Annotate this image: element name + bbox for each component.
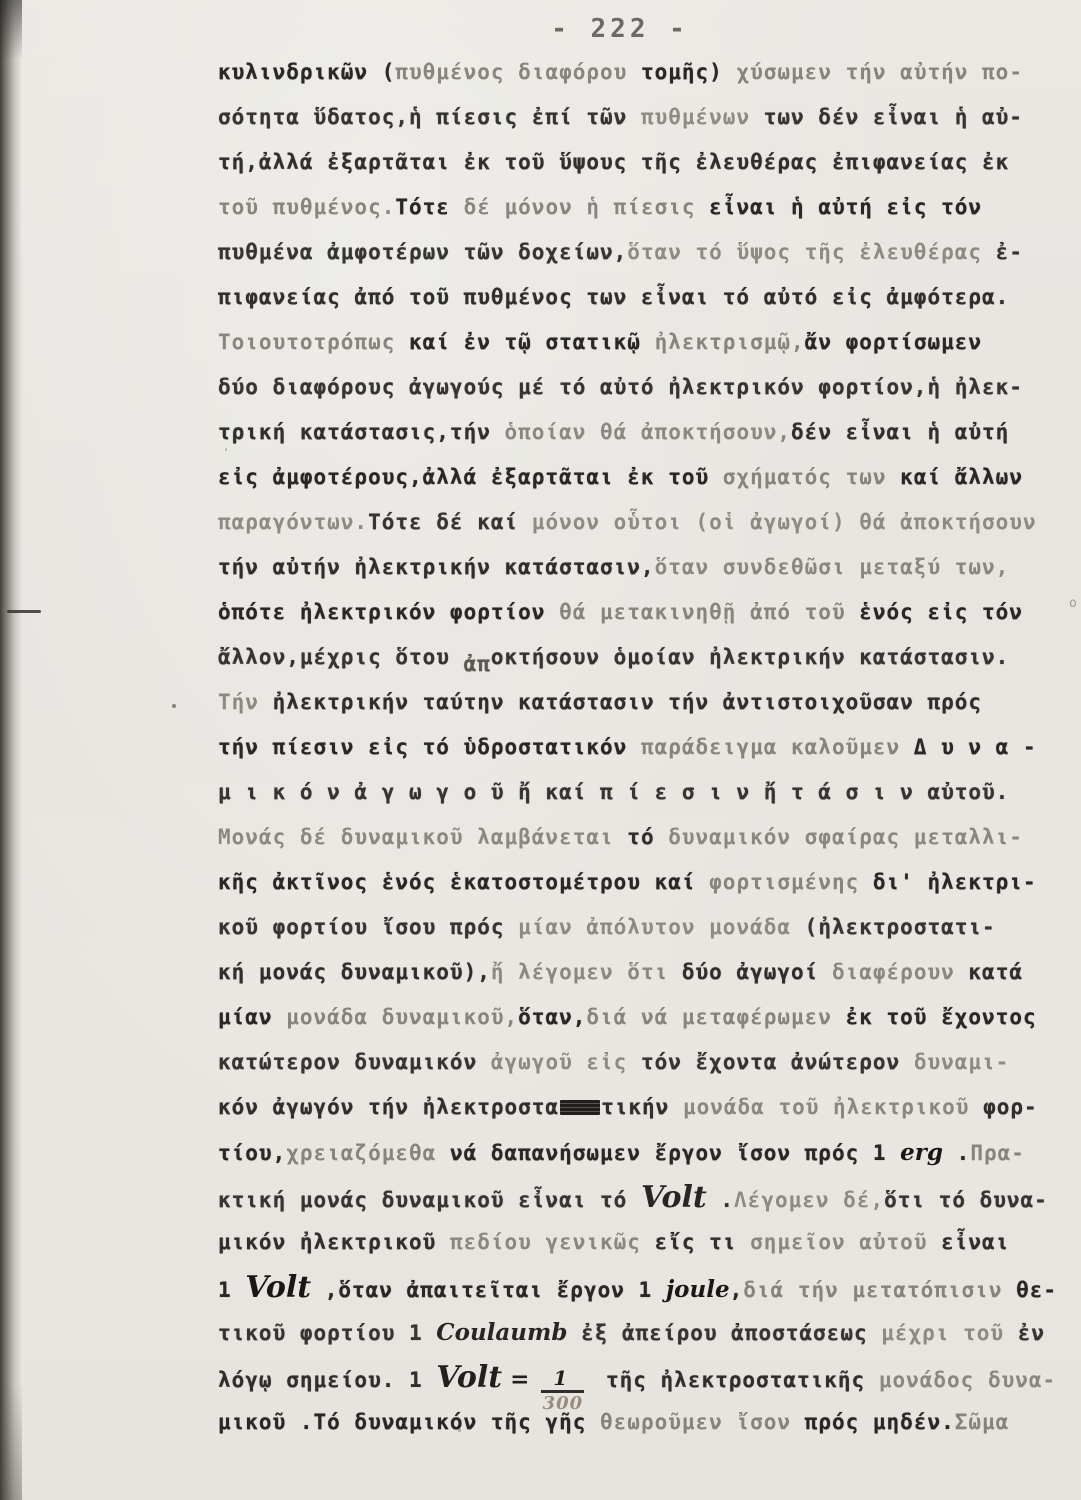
typewritten-text: τῆς ἠλεκτροστατικῆς	[592, 1368, 879, 1392]
typewritten-text: φορ-	[969, 1095, 1037, 1119]
typewritten-text: τή,ἀλλά ἐξαρτᾶται ἐκ τοῦ ὕψους τῆς ἐλευθ…	[218, 150, 1009, 174]
typewritten-text: τίου,	[218, 1141, 286, 1165]
paper-edge-shadow	[0, 0, 22, 1500]
typewritten-text: ὅτι τό δυνα-	[884, 1188, 1048, 1212]
typewritten-text: μ ι κ ό ν ἀ γ ω γ ο ῦ ἤ καί	[218, 780, 600, 804]
handwritten-word: joule	[666, 1276, 730, 1303]
typewritten-text: δέν εἶναι ἡ αὐτή	[791, 420, 1009, 444]
typewritten-text: τικοῦ φορτίου 1	[218, 1321, 436, 1345]
typewritten-text: κόν ἀγωγόν τήν ἠλεκτροστα	[218, 1095, 559, 1119]
typewritten-text: λόγῳ σημείου. 1	[218, 1368, 436, 1392]
text-line: τίου,χρειαζόμεθα νά δαπανήσωμεν ἔργον ἴσ…	[218, 1130, 1073, 1175]
typewritten-text: Μονάς δέ δυναμικοῦ λαμβάνεται	[218, 825, 627, 849]
text-line: ὁπότε ἠλεκτρικόν φορτίον θά μετακινηθῇ ἀ…	[218, 590, 1073, 635]
typewritten-text: μονάδος δυνα-	[879, 1368, 1056, 1392]
typewritten-text: θεωροῦμεν ἴσον	[600, 1410, 791, 1434]
typewritten-text: διαφέρουν	[832, 960, 955, 984]
typewritten-text: Δ υ ν α -	[900, 735, 1036, 759]
typewritten-text: ἐν	[1004, 1321, 1045, 1345]
typewritten-text: ἐ-	[982, 240, 1023, 264]
typewritten-text: τικήν	[601, 1095, 683, 1119]
typewritten-text: Σῶμα	[955, 1410, 1010, 1434]
text-line: μικόν ἠλεκτρικοῦ πεδίου γενικῶς εἴς τι σ…	[218, 1220, 1073, 1265]
text-line: κυλινδρικῶν (πυθμένος διαφόρου τομῆς) χύ…	[218, 50, 1073, 95]
text-line: τικοῦ φορτίου 1 Coulaumb ἐξ ἀπείρου ἀποσ…	[218, 1310, 1073, 1355]
page-number: - 222 -	[0, 14, 1081, 44]
typewritten-text: ἠλεκτρισμῷ,	[655, 330, 805, 354]
typewritten-text: κή μονάς δυναμικοῦ),	[218, 960, 491, 984]
text-line: μ ι κ ό ν ἀ γ ω γ ο ῦ ἤ καί π ί ε σ ι ν …	[218, 770, 1073, 815]
typewritten-text: ἠλεκτρικήν ταύτην κατάστασιν τήν ἀντιστο…	[273, 690, 982, 714]
typewritten-text: διά νά μεταφέρωμεν	[586, 1005, 832, 1029]
typewritten-text: τήν αὐτήν ἠλεκτρικήν κατάστασιν,	[218, 555, 655, 579]
typewritten-text: Τοιουτοτρόπως	[218, 330, 409, 354]
typewritten-text: Πρα-	[970, 1141, 1025, 1165]
text-line: κτική μονάς δυναμικοῦ εἶναι τό Volt .Λέγ…	[218, 1175, 1073, 1220]
text-line: κή μονάς δυναμικοῦ),ἤ λέγομεν ὅτι δύο ἀγ…	[218, 950, 1073, 995]
typewritten-text: παραγόντων.	[218, 510, 368, 534]
text-line: τή,ἀλλά ἐξαρτᾶται ἐκ τοῦ ὕψους τῆς ἐλευθ…	[218, 140, 1073, 185]
typewritten-text: δύο διαφόρους ἀγωγούς μέ τό αὐτό ἠλεκτρι…	[218, 375, 1023, 399]
typewritten-text: μικοῦ .Τό δυναμικόν τῆς γῆς	[218, 1410, 600, 1434]
text-line: κατώτερον δυναμικόν ἀγωγοῦ εἰς τόν ἔχοντ…	[218, 1040, 1073, 1085]
text-line: πυθμένα ἀμφοτέρων τῶν δοχείων,ὅταν τό ὕψ…	[218, 230, 1073, 275]
typewritten-text: Λέγομεν δέ,	[734, 1188, 884, 1212]
typewritten-text: ὅταν,	[518, 1005, 586, 1029]
typewritten-text: τρική κατάστασις,τήν	[218, 420, 505, 444]
typewritten-text: μόνον οὗτοι (οἱ ἀγωγοί) θά ἀποκτήσουν	[532, 510, 1037, 534]
typewritten-text: ἀπ	[464, 652, 491, 676]
typewritten-text: κῆς ἀκτῖνος ἑνός ἑκατοστομέτρου καί	[218, 870, 709, 894]
typewritten-text: πιφανείας ἀπό τοῦ πυθμένος των εἶναι τό …	[218, 285, 1009, 309]
typewritten-text: .	[943, 1141, 970, 1165]
text-line: τήν πίεσιν εἰς τό ὑδροστατικόν παράδειγμ…	[218, 725, 1073, 770]
typewritten-text: ἄν φορτίσωμεν	[805, 330, 982, 354]
typewritten-text: μονάδα δυναμικοῦ,	[286, 1005, 518, 1029]
handwritten-word: Coulaumb	[436, 1319, 567, 1346]
typewritten-text: ἐξ ἀπείρου ἀποστάσεως	[567, 1321, 881, 1345]
text-line: Μονάς δέ δυναμικοῦ λαμβάνεται τό δυναμικ…	[218, 815, 1073, 860]
text-line: ἄλλον,μέχρις ὅτου ἀποκτήσουν ὁμοίαν ἠλεκ…	[218, 635, 1073, 680]
typewritten-text: εἶναι ἡ αὐτή εἰς τόν	[709, 195, 982, 219]
typewritten-text: θά μετακινηθῇ ἀπό τοῦ	[559, 600, 846, 624]
text-line: μικοῦ .Τό δυναμικόν τῆς γῆς θεωροῦμεν ἴσ…	[218, 1400, 1073, 1445]
typewritten-text: ἐκ τοῦ ἔχοντος	[832, 1005, 1037, 1029]
typewritten-text: ὁποίαν θά ἀποκτήσουν,	[505, 420, 792, 444]
typewritten-text: τό	[627, 825, 668, 849]
typewritten-text: ,	[730, 1278, 744, 1302]
typewritten-text: πυθμένος διαφόρου	[395, 60, 627, 84]
typewritten-text: χρειαζόμεθα	[286, 1141, 436, 1165]
typewritten-text: πυθμένα ἀμφοτέρων τῶν δοχείων,	[218, 240, 627, 264]
handwritten-word: Volt	[641, 1180, 707, 1215]
overtyped-correction	[560, 1100, 600, 1115]
typewritten-text: δι' ἠλεκτρι-	[859, 870, 1036, 894]
text-line: πιφανείας ἀπό τοῦ πυθμένος των εἶναι τό …	[218, 275, 1073, 320]
typewritten-text: σχήματός των	[723, 465, 900, 489]
text-line: Τοιουτοτρόπως καί ἐν τῷ στατικῷ ἠλεκτρισ…	[218, 320, 1073, 365]
text-block: κυλινδρικῶν (πυθμένος διαφόρου τομῆς) χύ…	[218, 50, 1073, 1445]
typewritten-text: π ί ε σ ι ν ἤ τ ά σ ι ν αὐτοῦ.	[600, 780, 1009, 804]
handwritten-word: Volt	[436, 1360, 502, 1395]
typewritten-text: των δέν εἶναι ἡ αὐ-	[750, 105, 1023, 129]
text-line: σότητα ὕδατος,ἡ πίεσις ἐπί τῶν πυθμένων …	[218, 95, 1073, 140]
typewritten-text: τήν πίεσιν εἰς τό ὑδροστατικόν	[218, 735, 641, 759]
typewritten-text: πυθμένων	[641, 105, 750, 129]
typewritten-text: (ἠλεκτροστατι-	[791, 915, 996, 939]
handwritten-word: erg	[900, 1139, 943, 1166]
typewritten-text: κυλινδρικῶν (	[218, 60, 395, 84]
typewritten-text: Τήν	[218, 690, 273, 714]
typewritten-text: ἀγωγοῦ εἰς	[491, 1050, 627, 1074]
typewritten-text: ,ὅταν ἀπαιτεῖται ἔργον 1	[311, 1278, 666, 1302]
typewritten-text: εἰς ἀμφοτέρους,ἀλλά ἐξαρτᾶται ἐκ τοῦ	[218, 465, 723, 489]
typewritten-text: δυναμικόν σφαίρας μεταλλι-	[668, 825, 1023, 849]
typewritten-text: δυναμι-	[914, 1050, 1010, 1074]
typewritten-text: καί ἐν τῷ στατικῷ	[409, 330, 655, 354]
typewritten-text: μονάδα τοῦ ἠλεκτρικοῦ	[683, 1095, 970, 1119]
typewritten-text: ἄλλον,μέχρις ὅτου	[218, 645, 464, 669]
typewritten-text: φορτισμένης	[709, 870, 859, 894]
typewritten-text: πεδίου γενικῶς	[450, 1230, 641, 1254]
typewritten-text: παράδειγμα καλοῦμεν	[641, 735, 900, 759]
text-line: λόγῳ σημείου. 1 Volt = 1300 τῆς ἠλεκτροσ…	[218, 1355, 1073, 1400]
edge-crease-mark	[7, 610, 41, 613]
typewritten-text: ὅταν συνδεθῶσι μεταξύ των,	[655, 555, 1010, 579]
typewritten-text: τοῦ πυθμένος.	[218, 195, 395, 219]
text-line: εἰς ἀμφοτέρους,ἀλλά ἐξαρτᾶται ἐκ τοῦ σχή…	[218, 455, 1073, 500]
text-line: κοῦ φορτίου ἴσου πρός μίαν ἀπόλυτον μονά…	[218, 905, 1073, 950]
text-line: 1 Volt ,ὅταν ἀπαιτεῖται ἔργον 1 joule,δι…	[218, 1265, 1073, 1310]
typewritten-text: μέχρι τοῦ	[881, 1321, 1004, 1345]
text-line: παραγόντων.Τότε δέ καί μόνον οὗτοι (οἱ ἀ…	[218, 500, 1073, 545]
typewritten-text: κατώτερον δυναμικόν	[218, 1050, 491, 1074]
typewritten-text: εἴς τι	[641, 1230, 750, 1254]
typewritten-text: ἑνός εἰς τόν	[846, 600, 1023, 624]
typewritten-text: οκτήσουν ὁμοίαν ἠλεκτρικήν κατάστασιν.	[491, 645, 1009, 669]
handwritten-word: Volt	[245, 1270, 311, 1305]
typewritten-text: τομῆς)	[627, 60, 736, 84]
typewritten-text: νά δαπανήσωμεν ἔργον ἴσον πρός 1	[436, 1141, 900, 1165]
typewritten-text: θε-	[1002, 1278, 1057, 1302]
typewritten-text: Τότε δέ καί	[368, 510, 532, 534]
scan-speck	[172, 704, 176, 708]
typewritten-text: καί ἄλλων	[900, 465, 1023, 489]
typewritten-text: ἤ λέγομεν ὅτι	[491, 960, 668, 984]
typewritten-text: δέ μόνον ἡ πίεσις	[464, 195, 710, 219]
typewritten-text: Τότε	[395, 195, 463, 219]
typewritten-text: κτική μονάς δυναμικοῦ εἶναι τό	[218, 1188, 641, 1212]
typewritten-text: χύσωμεν τήν αὐτήν πο-	[736, 60, 1023, 84]
text-line: δύο διαφόρους ἀγωγούς μέ τό αὐτό ἠλεκτρι…	[218, 365, 1073, 410]
typewritten-text: 1	[218, 1278, 245, 1302]
typewritten-text: ὁπότε ἠλεκτρικόν φορτίον	[218, 600, 559, 624]
handwritten-word: =	[502, 1366, 537, 1393]
typewritten-text: σημεῖον αὐτοῦ	[750, 1230, 927, 1254]
scanned-page: o - 222 - κυλινδρικῶν (πυθμένος διαφόρου…	[0, 0, 1081, 1500]
text-line: Τήν ἠλεκτρικήν ταύτην κατάστασιν τήν ἀντ…	[218, 680, 1073, 725]
typewritten-text: διά τήν μετατόπισιν	[743, 1278, 1002, 1302]
text-line: τρική κατάστασις,τήν ὁποίαν θά ἀποκτήσου…	[218, 410, 1073, 455]
typewritten-text: τόν ἔχοντα ἀνώτερον	[627, 1050, 914, 1074]
typewritten-text: .	[707, 1188, 734, 1212]
text-line: τοῦ πυθμένος.Τότε δέ μόνον ἡ πίεσις εἶνα…	[218, 185, 1073, 230]
text-line: κῆς ἀκτῖνος ἑνός ἑκατοστομέτρου καί φορτ…	[218, 860, 1073, 905]
typewritten-text: εἶναι	[927, 1230, 1009, 1254]
typewritten-text: κοῦ φορτίου ἴσου πρός	[218, 915, 518, 939]
typewritten-text: μίαν	[218, 1005, 286, 1029]
text-line: μίαν μονάδα δυναμικοῦ,ὅταν,διά νά μεταφέ…	[218, 995, 1073, 1040]
typewritten-text: πρός μηδέν.	[791, 1410, 955, 1434]
typewritten-text: ὅταν τό ὕψος τῆς ἐλευθέρας	[627, 240, 982, 264]
text-line: τήν αὐτήν ἠλεκτρικήν κατάστασιν,ὅταν συν…	[218, 545, 1073, 590]
typewritten-text: σότητα ὕδατος,ἡ πίεσις ἐπί τῶν	[218, 105, 641, 129]
text-line: κόν ἀγωγόν τήν ἠλεκτροστατικήν μονάδα το…	[218, 1085, 1073, 1130]
typewritten-text: μίαν ἀπόλυτον μονάδα	[518, 915, 791, 939]
typewritten-text: δύο ἀγωγοί	[668, 960, 832, 984]
typewritten-text: μικόν ἠλεκτρικοῦ	[218, 1230, 450, 1254]
typewritten-text: κατά	[955, 960, 1023, 984]
